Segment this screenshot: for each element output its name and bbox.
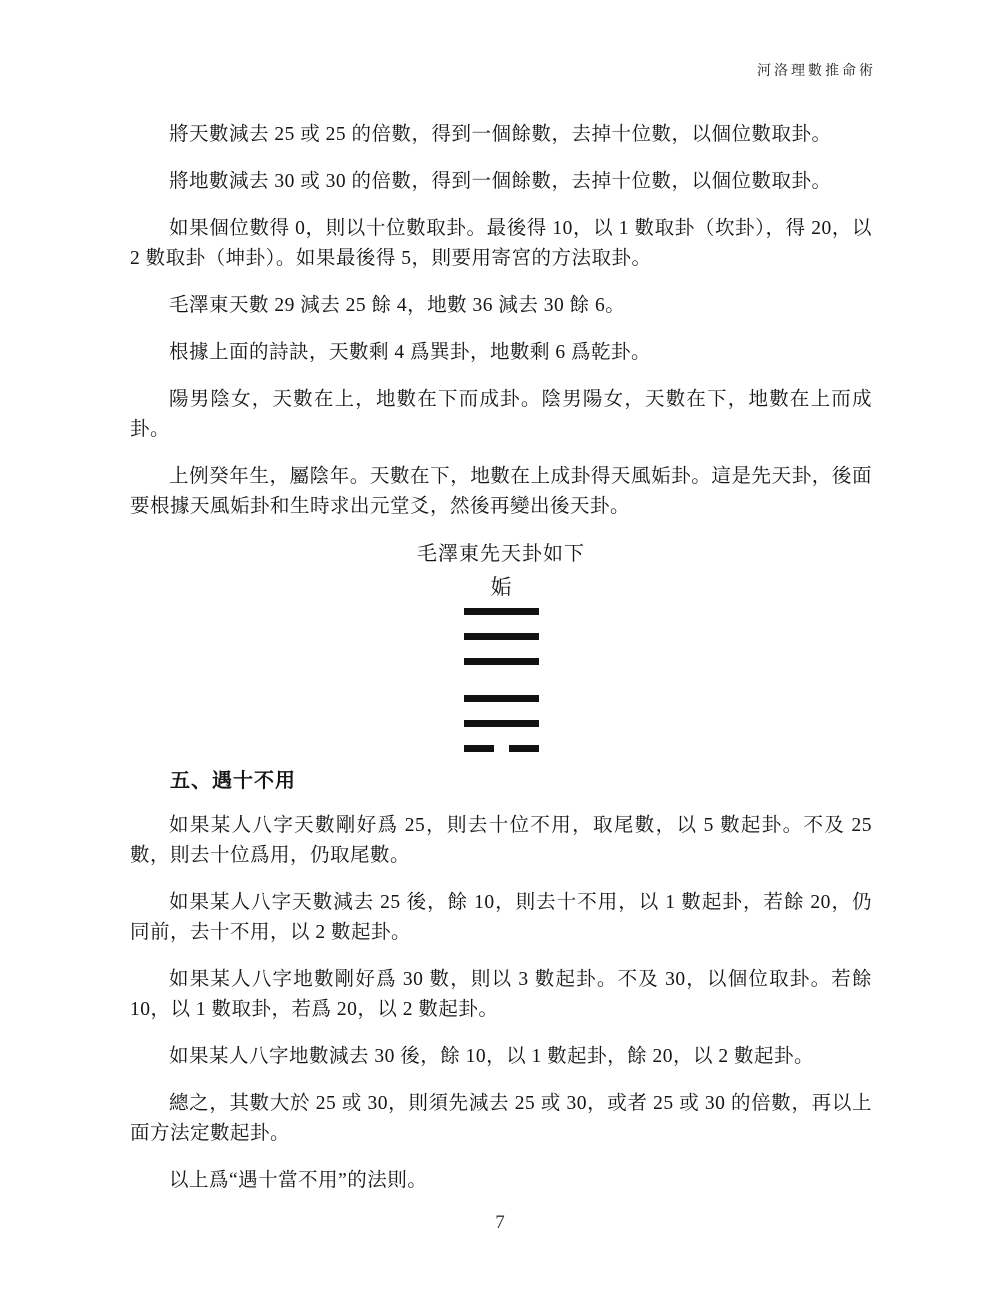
hexagram-line-1-solid bbox=[464, 608, 539, 615]
hexagram-diagram bbox=[130, 608, 872, 752]
hexagram-line-2-solid bbox=[464, 633, 539, 640]
hexagram-line-3-solid bbox=[464, 658, 539, 665]
hexagram-line-segment bbox=[464, 745, 494, 752]
hexagram-line-4-solid bbox=[464, 695, 539, 702]
paragraph-intro-4: 毛澤東天數 29 減去 25 餘 4，地數 36 減去 30 餘 6。 bbox=[130, 291, 872, 321]
page-body: 將天數減去 25 或 25 的倍數，得到一個餘數，去掉十位數，以個位數取卦。 將… bbox=[130, 120, 872, 1213]
paragraph-section-3: 如果某人八字地數剛好爲 30 數，則以 3 數起卦。不及 30，以個位取卦。若餘… bbox=[130, 965, 872, 1025]
document-page: { "header": { "title": "河洛理數推命術" }, "con… bbox=[0, 0, 1000, 1294]
page-number: 7 bbox=[0, 1212, 1000, 1234]
paragraph-section-6: 以上爲“遇十當不用”的法則。 bbox=[130, 1166, 872, 1196]
paragraph-intro-7: 上例癸年生，屬陰年。天數在下，地數在上成卦得天風姤卦。這是先天卦，後面要根據天風… bbox=[130, 462, 872, 522]
paragraph-section-2: 如果某人八字天數減去 25 後，餘 10，則去十不用，以 1 數起卦，若餘 20… bbox=[130, 888, 872, 948]
paragraph-intro-1: 將天數減去 25 或 25 的倍數，得到一個餘數，去掉十位數，以個位數取卦。 bbox=[130, 120, 872, 150]
paragraph-intro-6: 陽男陰女，天數在上，地數在下而成卦。陰男陽女，天數在下，地數在上而成卦。 bbox=[130, 385, 872, 445]
paragraph-section-1: 如果某人八字天數剛好爲 25，則去十位不用，取尾數，以 5 數起卦。不及 25 … bbox=[130, 811, 872, 871]
hexagram-line-5-solid bbox=[464, 720, 539, 727]
paragraph-intro-3: 如果個位數得 0，則以十位數取卦。最後得 10，以 1 數取卦（坎卦），得 20… bbox=[130, 214, 872, 274]
section-heading: 五、遇十不用 bbox=[130, 766, 872, 796]
paragraph-intro-2: 將地數減去 30 或 30 的倍數，得到一個餘數，去掉十位數，以個位數取卦。 bbox=[130, 167, 872, 197]
hexagram-line-6-broken bbox=[464, 745, 539, 752]
hexagram-name: 姤 bbox=[130, 574, 872, 600]
running-header-title: 河洛理數推命術 bbox=[757, 60, 876, 80]
hexagram-line-segment bbox=[509, 745, 539, 752]
hexagram-figure: 毛澤東先天卦如下 姤 bbox=[130, 539, 872, 752]
figure-caption: 毛澤東先天卦如下 bbox=[130, 539, 872, 569]
paragraph-intro-5: 根據上面的詩訣，天數剩 4 爲巽卦，地數剩 6 爲乾卦。 bbox=[130, 338, 872, 368]
paragraph-section-5: 總之，其數大於 25 或 30，則須先減去 25 或 30，或者 25 或 30… bbox=[130, 1089, 872, 1149]
paragraph-section-4: 如果某人八字地數減去 30 後，餘 10，以 1 數起卦，餘 20，以 2 數起… bbox=[130, 1042, 872, 1072]
